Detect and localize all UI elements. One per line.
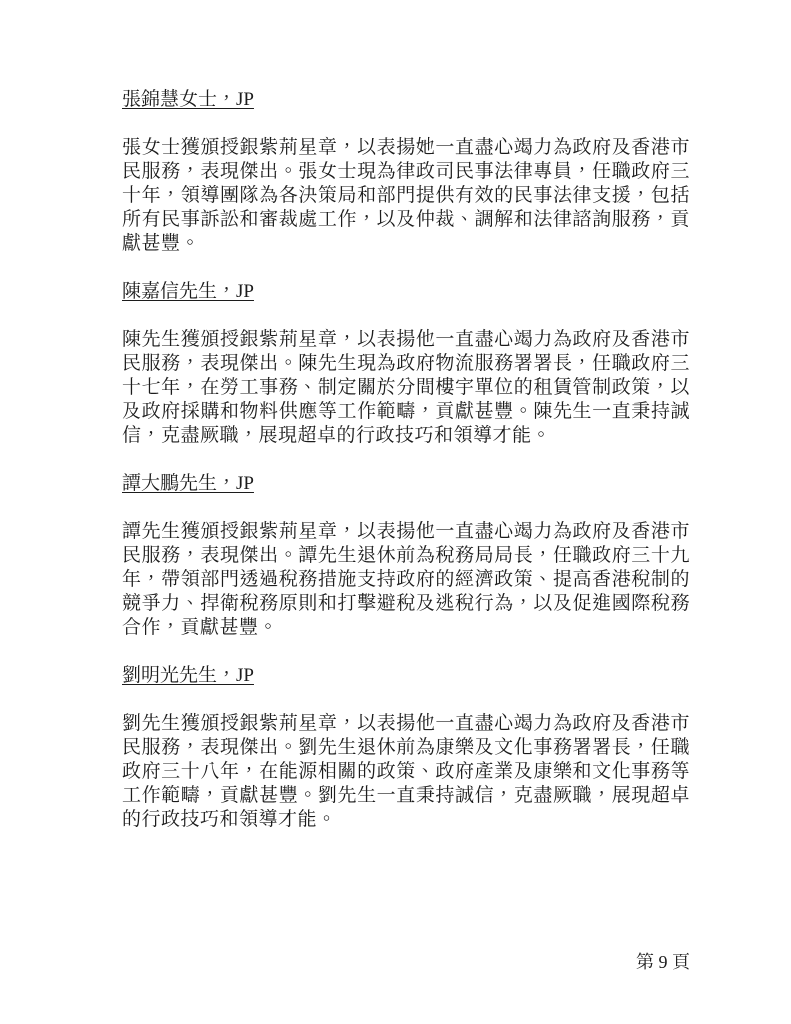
citation-paragraph: 譚先生獲頒授銀紫荊星章，以表揚他一直盡心竭力為政府及香港市民服務，表現傑出。譚先… (122, 520, 690, 640)
document-page: 張錦慧女士，JP 張女士獲頒授銀紫荊星章，以表揚她一直盡心竭力為政府及香港市民服… (0, 0, 791, 1024)
honouree-section: 劉明光先生，JP 劉先生獲頒授銀紫荊星章，以表揚他一直盡心竭力為政府及香港市民服… (122, 664, 690, 832)
page-number: 第 9 頁 (636, 952, 690, 972)
citation-paragraph: 陳先生獲頒授銀紫荊星章，以表揚他一直盡心竭力為政府及香港市民服務，表現傑出。陳先… (122, 328, 690, 448)
honouree-section: 譚大鵬先生，JP 譚先生獲頒授銀紫荊星章，以表揚他一直盡心竭力為政府及香港市民服… (122, 472, 690, 640)
honouree-section: 陳嘉信先生，JP 陳先生獲頒授銀紫荊星章，以表揚他一直盡心竭力為政府及香港市民服… (122, 280, 690, 448)
honouree-heading: 張錦慧女士，JP (122, 88, 690, 112)
document-content: 張錦慧女士，JP 張女士獲頒授銀紫荊星章，以表揚她一直盡心竭力為政府及香港市民服… (122, 88, 690, 856)
citation-paragraph: 張女士獲頒授銀紫荊星章，以表揚她一直盡心竭力為政府及香港市民服務，表現傑出。張女… (122, 136, 690, 256)
honouree-heading: 陳嘉信先生，JP (122, 280, 690, 304)
page-footer: 第 9 頁 (122, 950, 690, 974)
citation-paragraph: 劉先生獲頒授銀紫荊星章，以表揚他一直盡心竭力為政府及香港市民服務，表現傑出。劉先… (122, 712, 690, 832)
honouree-heading: 譚大鵬先生，JP (122, 472, 690, 496)
honouree-heading: 劉明光先生，JP (122, 664, 690, 688)
honouree-section: 張錦慧女士，JP 張女士獲頒授銀紫荊星章，以表揚她一直盡心竭力為政府及香港市民服… (122, 88, 690, 256)
